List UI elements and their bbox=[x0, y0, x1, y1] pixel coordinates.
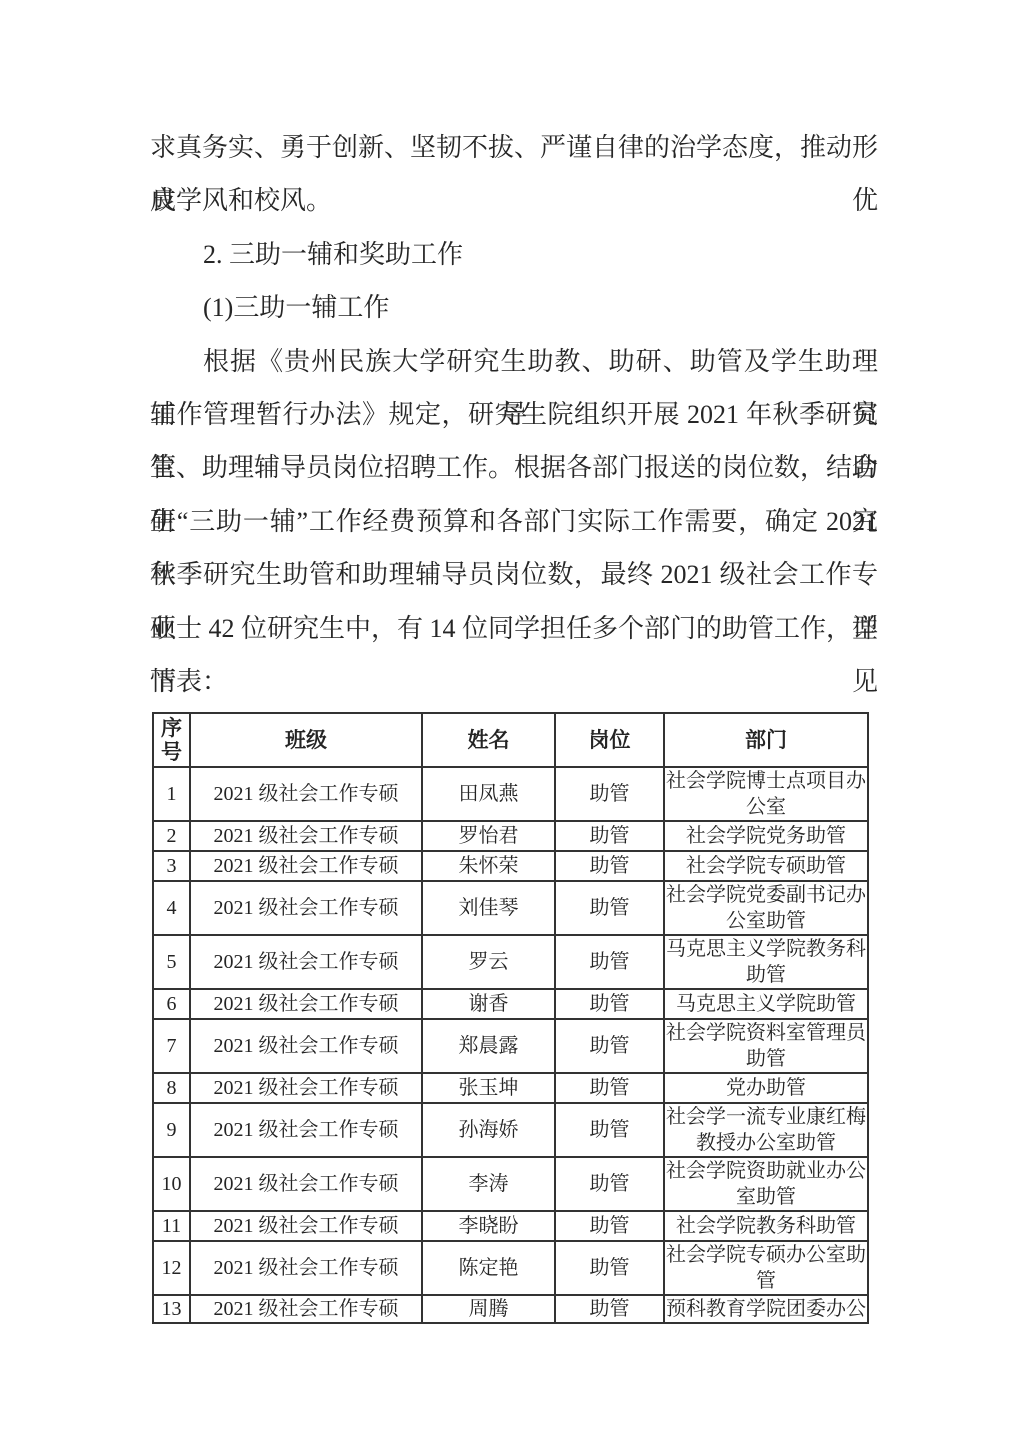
cell-dept: 预科教育学院团委办公 bbox=[664, 1295, 868, 1323]
table-row: 11 2021 级社会工作专硕 李晓盼 助管 社会学院教务科助管 bbox=[153, 1211, 868, 1241]
cell-no: 8 bbox=[153, 1073, 190, 1103]
cell-post: 助管 bbox=[555, 1157, 664, 1211]
table-row: 5 2021 级社会工作专硕 罗云 助管 马克思主义学院教务科助管 bbox=[153, 935, 868, 989]
cell-post: 助管 bbox=[555, 1241, 664, 1295]
cell-class: 2021 级社会工作专硕 bbox=[190, 1295, 422, 1323]
table-row: 2 2021 级社会工作专硕 罗怡君 助管 社会学院党务助管 bbox=[153, 821, 868, 851]
cell-no: 12 bbox=[153, 1241, 190, 1295]
cell-name: 刘佳琴 bbox=[422, 881, 555, 935]
cell-class: 2021 级社会工作专硕 bbox=[190, 767, 422, 821]
cell-post: 助管 bbox=[555, 1073, 664, 1103]
assistant-roster-table: 序号 班级 姓名 岗位 部门 1 2021 级社会工作专硕 田凤燕 助管 社会学… bbox=[152, 712, 869, 1324]
body-text: 求真务实、勇于创新、坚韧不拔、严谨自律的治学态度，推动形成优 良学风和校风。 2… bbox=[150, 121, 878, 708]
cell-dept: 社会学院党委副书记办公室助管 bbox=[664, 881, 868, 935]
cell-dept: 社会学院专硕办公室助管 bbox=[664, 1241, 868, 1295]
document-page: 求真务实、勇于创新、坚韧不拔、严谨自律的治学态度，推动形成优 良学风和校风。 2… bbox=[0, 0, 1024, 1448]
cell-post: 助管 bbox=[555, 881, 664, 935]
table-row: 8 2021 级社会工作专硕 张玉坤 助管 党办助管 bbox=[153, 1073, 868, 1103]
table-row: 7 2021 级社会工作专硕 郑晨露 助管 社会学院资料室管理员助管 bbox=[153, 1019, 868, 1073]
cell-name: 田凤燕 bbox=[422, 767, 555, 821]
cell-class: 2021 级社会工作专硕 bbox=[190, 821, 422, 851]
cell-name: 罗怡君 bbox=[422, 821, 555, 851]
cell-class: 2021 级社会工作专硕 bbox=[190, 1103, 422, 1157]
paragraph-line: 生“三助一辅”工作经费预算和各部门实际工作需要，确定 2021 年 bbox=[150, 495, 878, 548]
cell-class: 2021 级社会工作专硕 bbox=[190, 881, 422, 935]
cell-no: 6 bbox=[153, 989, 190, 1019]
paragraph-line: 秋季研究生助管和助理辅导员岗位数，最终 2021 级社会工作专业型 bbox=[150, 548, 878, 601]
cell-class: 2021 级社会工作专硕 bbox=[190, 1241, 422, 1295]
col-header-no: 序号 bbox=[153, 713, 190, 767]
cell-no: 9 bbox=[153, 1103, 190, 1157]
cell-dept: 社会学院专硕助管 bbox=[664, 851, 868, 881]
cell-class: 2021 级社会工作专硕 bbox=[190, 1211, 422, 1241]
cell-dept: 马克思主义学院助管 bbox=[664, 989, 868, 1019]
cell-name: 朱怀荣 bbox=[422, 851, 555, 881]
paragraph-line: 根据《贵州民族大学研究生助教、助研、助管及学生助理辅导员 bbox=[150, 335, 878, 388]
col-header-class: 班级 bbox=[190, 713, 422, 767]
cell-dept: 社会学院教务科助管 bbox=[664, 1211, 868, 1241]
cell-dept: 社会学院资料室管理员助管 bbox=[664, 1019, 868, 1073]
cell-name: 张玉坤 bbox=[422, 1073, 555, 1103]
cell-no: 3 bbox=[153, 851, 190, 881]
cell-post: 助管 bbox=[555, 1019, 664, 1073]
col-header-dept: 部门 bbox=[664, 713, 868, 767]
cell-dept: 社会学院党务助管 bbox=[664, 821, 868, 851]
subsection-heading: (1)三助一辅工作 bbox=[150, 281, 878, 334]
cell-post: 助管 bbox=[555, 821, 664, 851]
cell-no: 2 bbox=[153, 821, 190, 851]
cell-post: 助管 bbox=[555, 767, 664, 821]
cell-class: 2021 级社会工作专硕 bbox=[190, 1019, 422, 1073]
cell-dept: 社会学一流专业康红梅教授办公室助管 bbox=[664, 1103, 868, 1157]
cell-class: 2021 级社会工作专硕 bbox=[190, 989, 422, 1019]
cell-dept: 党办助管 bbox=[664, 1073, 868, 1103]
cell-post: 助管 bbox=[555, 1295, 664, 1323]
cell-dept: 社会学院博士点项目办公室 bbox=[664, 767, 868, 821]
paragraph-line: 工作管理暂行办法》规定，研究生院组织开展 2021 年秋季研究生助 bbox=[150, 388, 878, 441]
table-row: 6 2021 级社会工作专硕 谢香 助管 马克思主义学院助管 bbox=[153, 989, 868, 1019]
cell-class: 2021 级社会工作专硕 bbox=[190, 1073, 422, 1103]
cell-name: 李晓盼 bbox=[422, 1211, 555, 1241]
cell-dept: 马克思主义学院教务科助管 bbox=[664, 935, 868, 989]
cell-no: 4 bbox=[153, 881, 190, 935]
cell-name: 谢香 bbox=[422, 989, 555, 1019]
cell-post: 助管 bbox=[555, 851, 664, 881]
table-row: 13 2021 级社会工作专硕 周腾 助管 预科教育学院团委办公 bbox=[153, 1295, 868, 1323]
cell-no: 13 bbox=[153, 1295, 190, 1323]
cell-name: 周腾 bbox=[422, 1295, 555, 1323]
table-header-row: 序号 班级 姓名 岗位 部门 bbox=[153, 713, 868, 767]
cell-class: 2021 级社会工作专硕 bbox=[190, 1157, 422, 1211]
section-heading: 2. 三助一辅和奖助工作 bbox=[150, 228, 878, 281]
cell-name: 陈定艳 bbox=[422, 1241, 555, 1295]
cell-name: 罗云 bbox=[422, 935, 555, 989]
cell-post: 助管 bbox=[555, 1211, 664, 1241]
cell-dept: 社会学院资助就业办公室助管 bbox=[664, 1157, 868, 1211]
col-header-post: 岗位 bbox=[555, 713, 664, 767]
col-header-name: 姓名 bbox=[422, 713, 555, 767]
cell-name: 孙海娇 bbox=[422, 1103, 555, 1157]
cell-name: 郑晨露 bbox=[422, 1019, 555, 1073]
table-row: 9 2021 级社会工作专硕 孙海娇 助管 社会学一流专业康红梅教授办公室助管 bbox=[153, 1103, 868, 1157]
cell-post: 助管 bbox=[555, 989, 664, 1019]
cell-no: 5 bbox=[153, 935, 190, 989]
paragraph-line: 硕士 42 位研究生中，有 14 位同学担任多个部门的助管工作，详情见 bbox=[150, 602, 878, 655]
table-row: 4 2021 级社会工作专硕 刘佳琴 助管 社会学院党委副书记办公室助管 bbox=[153, 881, 868, 935]
cell-no: 11 bbox=[153, 1211, 190, 1241]
cell-no: 1 bbox=[153, 767, 190, 821]
cell-class: 2021 级社会工作专硕 bbox=[190, 935, 422, 989]
cell-class: 2021 级社会工作专硕 bbox=[190, 851, 422, 881]
paragraph-line: 求真务实、勇于创新、坚韧不拔、严谨自律的治学态度，推动形成优 bbox=[150, 121, 878, 174]
table-row: 10 2021 级社会工作专硕 李涛 助管 社会学院资助就业办公室助管 bbox=[153, 1157, 868, 1211]
table-row: 12 2021 级社会工作专硕 陈定艳 助管 社会学院专硕办公室助管 bbox=[153, 1241, 868, 1295]
table-row: 3 2021 级社会工作专硕 朱怀荣 助管 社会学院专硕助管 bbox=[153, 851, 868, 881]
cell-no: 7 bbox=[153, 1019, 190, 1073]
cell-name: 李涛 bbox=[422, 1157, 555, 1211]
paragraph-line: 管、助理辅导员岗位招聘工作。根据各部门报送的岗位数，结合研究 bbox=[150, 441, 878, 494]
cell-post: 助管 bbox=[555, 1103, 664, 1157]
cell-post: 助管 bbox=[555, 935, 664, 989]
cell-no: 10 bbox=[153, 1157, 190, 1211]
table-row: 1 2021 级社会工作专硕 田凤燕 助管 社会学院博士点项目办公室 bbox=[153, 767, 868, 821]
